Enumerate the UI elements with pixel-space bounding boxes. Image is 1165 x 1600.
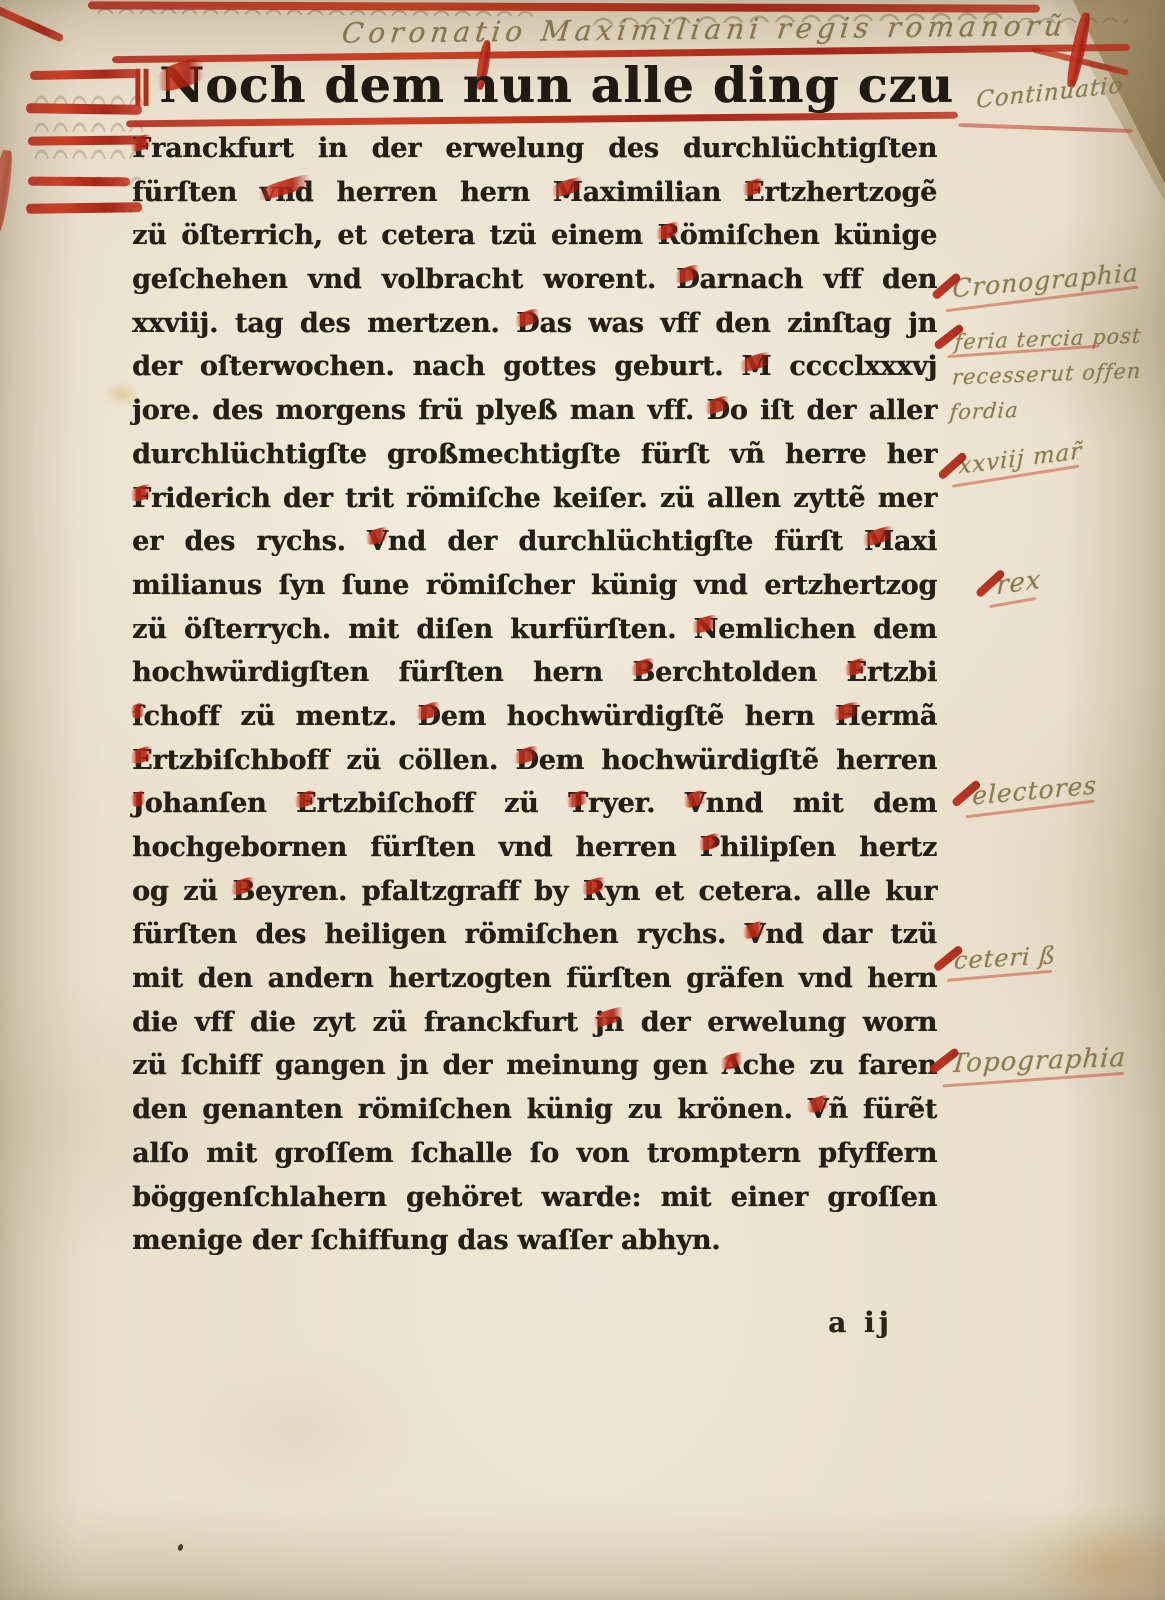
text-segment: cccclxxxvj xyxy=(771,351,937,382)
text-segment: aximilian xyxy=(582,177,743,208)
left-margin-red-stroke xyxy=(26,103,142,115)
body-line: fürſten des heiligen römiſchen rychs. Vn… xyxy=(132,913,937,957)
text-segment: choff zü mentz. xyxy=(143,701,417,732)
margin-note: ceteri ß xyxy=(953,941,1057,974)
text-segment: rtzbiſchoff zü xyxy=(316,788,568,819)
body-line: den genanten römiſchen künig zu krönen. … xyxy=(132,1088,937,1132)
text-segment: herren hern xyxy=(313,177,552,208)
rubricated-letter: N xyxy=(694,614,718,645)
text-segment: mit den andern hertzogten fürſten gräfen… xyxy=(132,963,937,994)
margin-note-line: recesserut offen xyxy=(951,354,1143,396)
text-segment: durchlüchtigſte großmechtigſte fürſt vñ … xyxy=(132,439,937,470)
text-segment: nd der durchlüchtigſte fürſt xyxy=(388,526,864,557)
rubricated-letter: E xyxy=(296,788,316,819)
margin-note-line: ceteri ß xyxy=(953,941,1057,974)
text-segment: der oſterwochen. nach gottes geburt. xyxy=(132,351,741,382)
ink-speck xyxy=(177,1543,184,1551)
text-segment: zü ſchiff gangen jn der meinung gen xyxy=(132,1050,722,1081)
text-segment: fürſten xyxy=(132,177,260,208)
rubricated-letter: ſ xyxy=(132,701,143,732)
rubricated-letter: T xyxy=(568,788,588,819)
margin-note: electores xyxy=(972,770,1097,810)
body-line: Ertzbiſchboff zü cöllen. Dem hochwürdigſ… xyxy=(132,739,937,783)
red-strikethrough-line xyxy=(0,5,64,42)
body-line: böggenſchlahern gehöret warde: mit einer… xyxy=(132,1176,937,1220)
rubricated-letter: F xyxy=(132,133,151,164)
rubricated-letter: M xyxy=(864,526,894,557)
rubricated-letter: M xyxy=(741,351,771,382)
text-segment: rtzbiſchboff zü cöllen. xyxy=(152,745,515,776)
text-segment: xxviij. tag des mertzen. xyxy=(132,308,516,339)
margin-note-line: fordia xyxy=(948,389,1140,431)
body-line: og zü Beyren. pfaltzgraff by Ryn et cete… xyxy=(132,870,937,914)
text-segment: och dem nun alle ding czu xyxy=(205,56,954,114)
rubricated-letter: J xyxy=(132,788,145,819)
rubricated-letter: vnd xyxy=(260,177,314,208)
body-line: er des rychs. Vnd der durchlüchtigſte fü… xyxy=(132,520,937,564)
text-segment: eyren. pfaltzgraff by xyxy=(255,876,583,907)
body-line: Franckfurt in der erwelung des durchlüch… xyxy=(132,127,937,171)
left-margin-red-stroke xyxy=(28,177,130,187)
text-segment: alſo mit groſſem ſchalle ſo von trompter… xyxy=(132,1138,937,1169)
rubricated-letter: F xyxy=(132,483,151,514)
body-line: menige der ſchiffung das waſſer abhyn. xyxy=(132,1219,937,1263)
text-segment: yn et cetera. alle kur xyxy=(605,876,937,907)
text-segment: o iſt der aller xyxy=(730,395,937,426)
body-line: alſo mit groſſem ſchalle ſo von trompter… xyxy=(132,1132,937,1176)
text-segment: er des rychs. xyxy=(132,526,367,557)
text-segment: em hochwürdigſtẽ hern xyxy=(441,701,835,732)
text-segment: og zü xyxy=(132,876,232,907)
margin-note: xxviij mar̃ xyxy=(958,438,1082,479)
red-paragraph-mark: ∥ xyxy=(131,65,153,112)
margin-note: feria tercia postrecesserut offenfordia xyxy=(948,319,1145,431)
headline: ∥Noch dem nun alle ding czu xyxy=(131,56,963,114)
red-headline-underline xyxy=(958,123,1133,133)
text-segment: ranckfurt in der erwelung des durchlücht… xyxy=(151,133,937,164)
text-segment: ohanſen xyxy=(145,788,296,819)
margin-note: Topographia xyxy=(949,1043,1127,1079)
rubricated-letter: V xyxy=(367,526,388,557)
manuscript-page: Coronatio Maximiliani regis romanorũ ∥No… xyxy=(0,0,1165,1600)
text-segment: jore. des morgens frü plyeß man vff. xyxy=(132,395,706,426)
text-segment: rtzbi xyxy=(867,657,937,688)
margin-note-line: electores xyxy=(972,770,1097,810)
body-line: zü öſterrych. mit diſen kurfürſten. Neml… xyxy=(132,608,937,652)
body-line: die vff die zyt zü franckfurt jn der erw… xyxy=(132,1001,937,1045)
rubricated-letter: P xyxy=(700,832,720,863)
body-line: mit den andern hertzogten fürſten gräfen… xyxy=(132,957,937,1001)
body-line: Johanſen Ertzbiſchoff zü Tryer. Vnnd mit… xyxy=(132,782,937,826)
body-line: zü ſchiff gangen jn der meinung gen Ache… xyxy=(132,1044,937,1088)
text-segment: emlichen dem xyxy=(718,614,937,645)
rubricated-letter: D xyxy=(417,701,440,732)
text-segment: der erwelung worn xyxy=(624,1007,937,1038)
rubricated-letter: V xyxy=(685,788,706,819)
text-segment: ryer. xyxy=(588,788,685,819)
body-line: der oſterwochen. nach gottes geburt. M c… xyxy=(132,345,937,389)
rubricated-letter: N xyxy=(159,56,205,114)
quire-signature: a ij xyxy=(828,1306,893,1339)
text-segment: hochgebornen fürſten vnd herren xyxy=(132,832,700,863)
text-segment: nd dar tzü xyxy=(765,919,937,950)
text-segment: riderich der trit römiſche keiſer. zü al… xyxy=(151,483,937,514)
body-text: Franckfurt in der erwelung des durchlüch… xyxy=(132,127,937,1263)
text-segment: hochwürdigſten fürſten hern xyxy=(132,657,632,688)
text-segment: nnd mit dem xyxy=(706,788,937,819)
body-line: Friderich der trit römiſche keiſer. zü a… xyxy=(132,477,937,521)
rubricated-letter: D xyxy=(706,395,729,426)
margin-note-line: rex xyxy=(996,565,1042,602)
rubricated-letter: A xyxy=(722,1050,743,1081)
margin-note-line: Topographia xyxy=(949,1043,1127,1079)
body-line: hochwürdigſten fürſten hern Berchtolden … xyxy=(132,651,937,695)
margin-note: rex xyxy=(996,565,1042,602)
margin-note-line: xxviij mar̃ xyxy=(958,438,1082,479)
rubricated-letter: D xyxy=(516,308,539,339)
text-segment: arnach vff den xyxy=(699,264,937,295)
margin-note: Cronographia xyxy=(952,258,1139,303)
red-headline-underline xyxy=(126,112,958,128)
text-segment: ömiſchen künige xyxy=(680,220,937,251)
left-edge-red-mark xyxy=(0,149,15,232)
text-segment: em hochwürdigſtẽ herren xyxy=(539,745,937,776)
body-line: geſchehen vnd volbracht worent. Darnach … xyxy=(132,258,937,302)
rubricated-letter: B xyxy=(232,876,255,907)
text-segment: axi xyxy=(894,526,937,557)
text-segment: böggenſchlahern gehöret warde: mit einer… xyxy=(132,1182,937,1213)
text-segment: den genanten römiſchen künig zu krönen. xyxy=(132,1094,808,1125)
text-segment: hilipſen hertz xyxy=(720,832,937,863)
body-line: milianus ſyn ſune römiſcher künig vnd er… xyxy=(132,564,937,608)
rubricated-letter: V xyxy=(808,1094,829,1125)
body-line: xxviij. tag des mertzen. Das was vff den… xyxy=(132,302,937,346)
rubricated-letter: jn xyxy=(595,1007,624,1038)
left-margin-red-stroke xyxy=(28,135,146,145)
text-segment: zü öſterrych. mit diſen kurfürſten. xyxy=(132,614,694,645)
rubricated-letter: R xyxy=(657,220,679,251)
rubricated-letter: M xyxy=(553,177,583,208)
coronatio-annotation: Coronatio Maximiliani regis romanorũ xyxy=(340,9,1069,50)
rubricated-letter: E xyxy=(132,745,152,776)
text-segment: erchtolden xyxy=(655,657,846,688)
rubricated-letter: H xyxy=(835,701,860,732)
rubricated-letter: E xyxy=(846,657,866,688)
text-segment: milianus ſyn ſune römiſcher künig vnd er… xyxy=(132,570,937,601)
rubricated-letter: B xyxy=(632,657,655,688)
text-segment: die vff die zyt zü franckfurt xyxy=(132,1007,595,1038)
text-segment: rtzhertzogẽ xyxy=(764,177,937,208)
body-line: fürſten vnd herren hern Maximilian Ertzh… xyxy=(132,171,937,215)
continuatio-annotation: Continuatio xyxy=(976,72,1124,114)
rubricated-letter: R xyxy=(583,876,605,907)
text-segment: fürſten des heiligen römiſchen rychs. xyxy=(132,919,744,950)
margin-note-line: Cronographia xyxy=(952,258,1139,303)
body-line: durchlüchtigſte großmechtigſte fürſt vñ … xyxy=(132,433,937,477)
rubricated-letter: E xyxy=(744,177,764,208)
rubricated-letter: D xyxy=(515,745,538,776)
body-line: ſchoff zü mentz. Dem hochwürdigſtẽ hern … xyxy=(132,695,937,739)
text-segment: zü öſterrich, et cetera tzü einem xyxy=(132,220,657,251)
text-segment: menige der ſchiffung das waſſer abhyn. xyxy=(132,1225,720,1256)
rubricated-letter: D xyxy=(676,264,699,295)
body-line: jore. des morgens frü plyeß man vff. Do … xyxy=(132,389,937,433)
left-margin-red-stroke xyxy=(26,202,142,214)
text-segment: ñ fürẽt xyxy=(828,1094,937,1125)
text-segment: geſchehen vnd volbracht worent. xyxy=(132,264,676,295)
body-line: zü öſterrich, et cetera tzü einem Römiſc… xyxy=(132,214,937,258)
text-segment: ermã xyxy=(860,701,937,732)
rubricated-letter: V xyxy=(744,919,765,950)
text-segment: as was vff den zinſtag jn xyxy=(539,308,937,339)
body-line: hochgebornen fürſten vnd herren Philipſe… xyxy=(132,826,937,870)
text-segment: che zu faren xyxy=(742,1050,937,1081)
